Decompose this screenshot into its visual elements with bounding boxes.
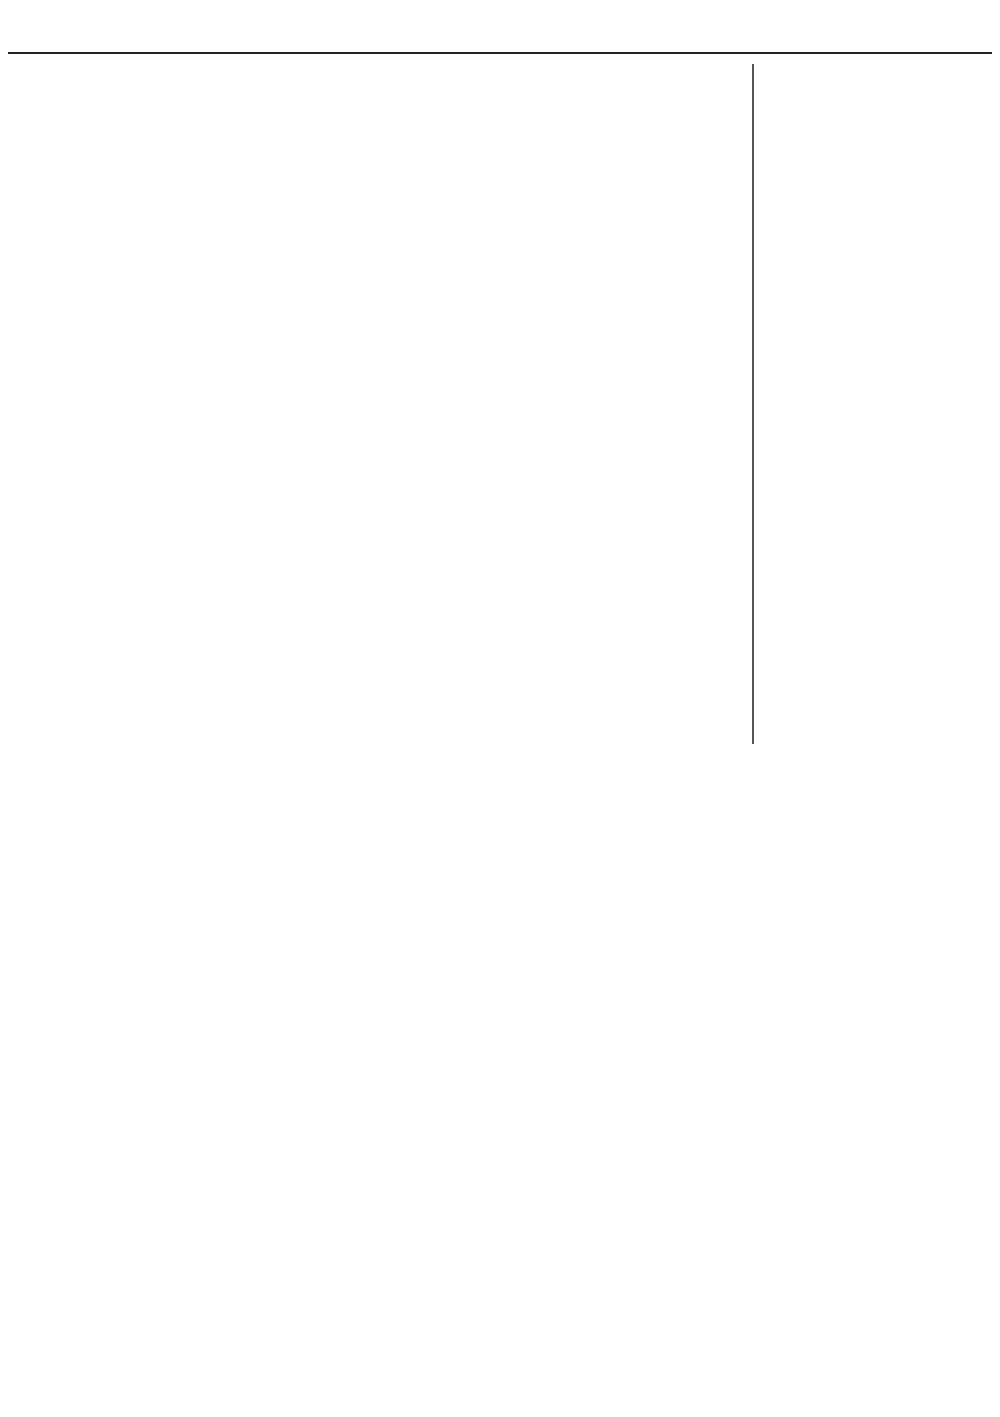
main-article-col-3: [500, 170, 738, 730]
main-article-col-2: [254, 170, 492, 730]
main-article-col-1: [8, 170, 246, 730]
spacer: [500, 170, 618, 171]
masthead-rule: [8, 52, 992, 54]
column-divider: [752, 64, 754, 744]
